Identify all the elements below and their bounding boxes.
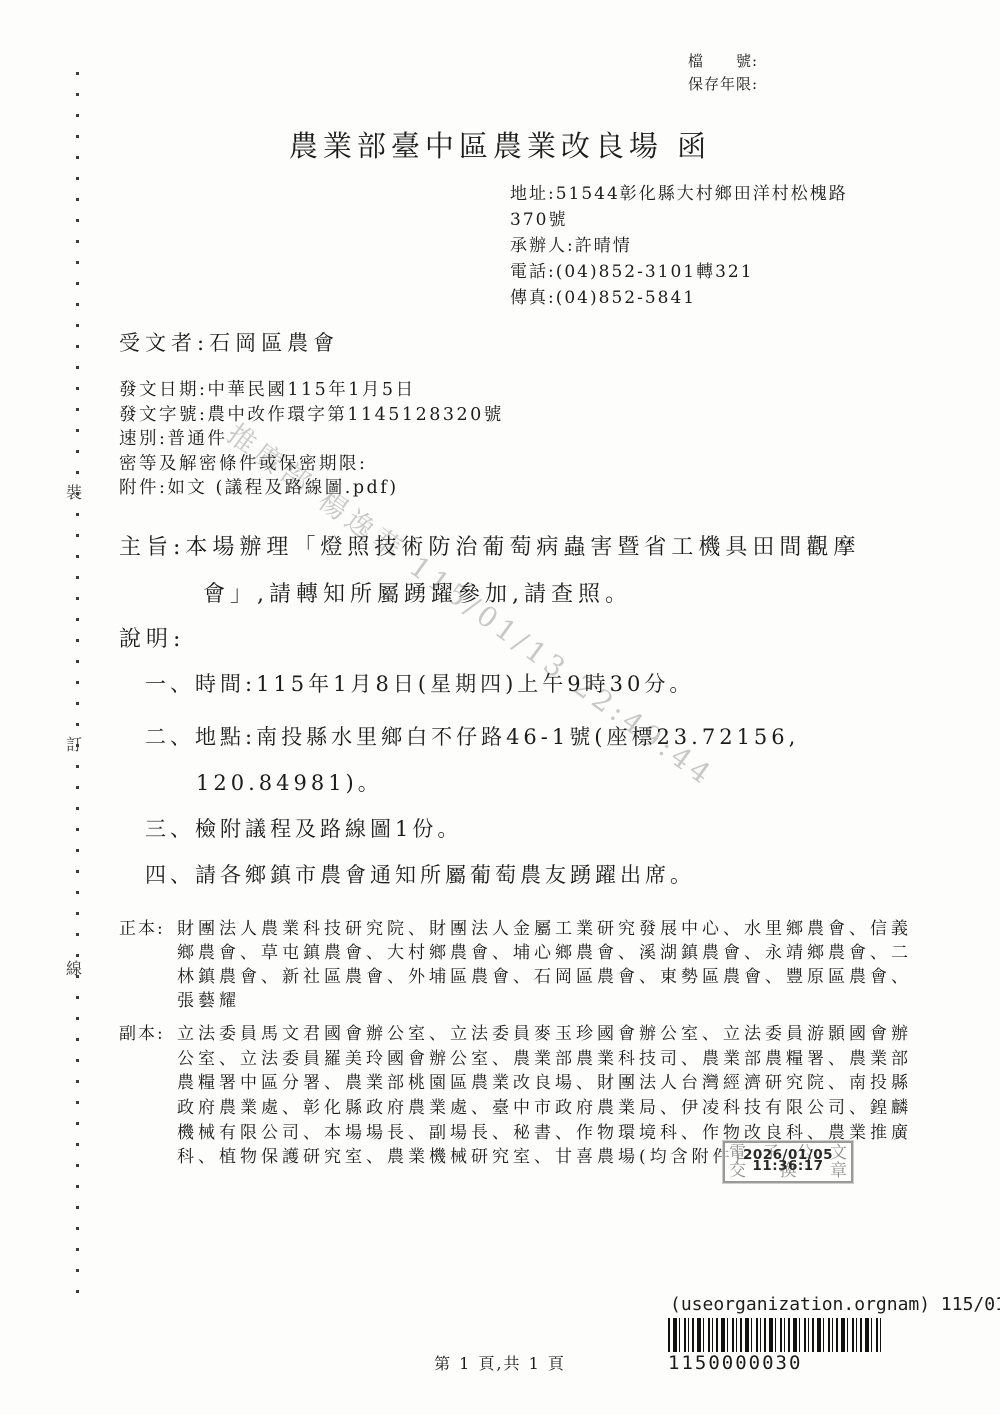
subject-line2: 會」,請轉知所屬踴躍參加,請查照。 xyxy=(203,577,632,608)
explanation-item-2: 二、地點:南投縣水里鄉白不仔路46-1號(座標23.72156, xyxy=(145,721,799,751)
document-title: 農業部臺中區農業改良場 函 xyxy=(0,124,1000,165)
original-line: 鄉農會、草屯鎮農會、大村鄉農會、埔心鄉農會、溪湖鎮農會、永靖鄉農會、二 xyxy=(177,938,912,963)
file-number-label: 檔 號: xyxy=(688,50,758,73)
sender-fax: 傳真:(04)852-5841 xyxy=(510,285,848,311)
document-barcode xyxy=(668,1318,884,1352)
binding-mark-ding: 訂 xyxy=(66,732,82,755)
electronic-exchange-stamp: 電 子 公 文 交 換 章 2026/01/05 11:36:17 xyxy=(723,1141,853,1183)
explanation-item-4: 四、請各鄉鎮市農會通知所屬葡萄農友踴躍出席。 xyxy=(145,859,695,889)
speed-class-line: 速別:普通件 xyxy=(119,427,504,452)
sender-phone: 電話:(04)852-3101轉321 xyxy=(510,259,848,285)
copy-line: 科、植物保護研究室、農業機械研究室、甘喜農場(均含附件) xyxy=(177,1142,744,1167)
security-class-line: 密等及解密條件或保密期限: xyxy=(119,452,504,477)
official-letter-page: 裝 訂 線 推廣部 楊逸華 115/01/13 22:49:44 檔 號: 保存… xyxy=(0,0,1000,1415)
footer-org-text: (useorganization.orgnam) 115/01/0 xyxy=(670,1294,1000,1315)
attachment-line: 附件:如文 (議程及路線圖.pdf) xyxy=(119,476,504,501)
retention-period-label: 保存年限: xyxy=(688,73,758,96)
explanation-item-3: 三、檢附議程及路線圖1份。 xyxy=(145,813,462,843)
recipient-line: 受文者:石岡區農會 xyxy=(119,327,339,357)
copy-line: 政府農業處、彰化縣政府農業處、臺中市政府農業局、伊凌科技有限公司、鍠麟 xyxy=(177,1093,912,1118)
stamp-time: 11:36:17 xyxy=(725,1160,851,1173)
copy-line: 公室、立法委員羅美玲國會辦公室、農業部農業科技司、農業部農糧署、農業部 xyxy=(177,1044,912,1069)
copy-line: 立法委員馬文君國會辦公室、立法委員麥玉珍國會辦公室、立法委員游顥國會辦 xyxy=(177,1019,912,1044)
binding-mark-xian: 線 xyxy=(66,956,82,979)
copy-line: 機械有限公司、本場場長、副場長、秘書、作物環境科、作物改良科、農業推廣 xyxy=(177,1118,912,1143)
file-number-block: 檔 號: 保存年限: xyxy=(688,50,758,96)
subject-line1: 主旨:本場辦理「燈照技術防治葡萄病蟲害暨省工機具田間觀摩 xyxy=(119,530,860,561)
original-line: 張藝耀 xyxy=(177,986,240,1011)
copy-line: 農糧署中區分署、農業部桃園區農業改良場、財團法人台灣經濟研究院、南投縣 xyxy=(177,1068,912,1093)
binding-dotted-line xyxy=(76,72,79,1307)
binding-mark-zhuang: 裝 xyxy=(66,480,82,503)
page-number-info: 第 1 頁,共 1 頁 xyxy=(0,1351,1000,1374)
sender-address-line1: 地址:51544彰化縣大村鄉田洋村松槐路 xyxy=(510,181,848,207)
copy-label: 副本: xyxy=(119,1019,165,1044)
sender-contact-block: 地址:51544彰化縣大村鄉田洋村松槐路 370號 承辦人:許晴情 電話:(04… xyxy=(510,181,848,311)
explanation-item-1: 一、時間:115年1月8日(星期四)上午9時30分。 xyxy=(145,668,694,698)
explanation-item-2-cont: 120.84981)。 xyxy=(196,767,383,797)
sender-address-line2: 370號 xyxy=(510,207,848,233)
issue-number-line: 發文字號:農中改作環字第1145128320號 xyxy=(119,403,504,428)
original-line: 林鎮農會、新社區農會、外埔區農會、石岡區農會、東勢區農會、豐原區農會、 xyxy=(177,962,912,987)
original-line: 財團法人農業科技研究院、財團法人金屬工業研究發展中心、水里鄉農會、信義 xyxy=(177,914,912,939)
document-meta-block: 發文日期:中華民國115年1月5日 發文字號:農中改作環字第1145128320… xyxy=(119,378,504,501)
original-label: 正本: xyxy=(119,914,165,939)
sender-contact-person: 承辦人:許晴情 xyxy=(510,233,848,259)
issue-date-line: 發文日期:中華民國115年1月5日 xyxy=(119,378,504,403)
explanation-label: 說明: xyxy=(119,622,185,653)
